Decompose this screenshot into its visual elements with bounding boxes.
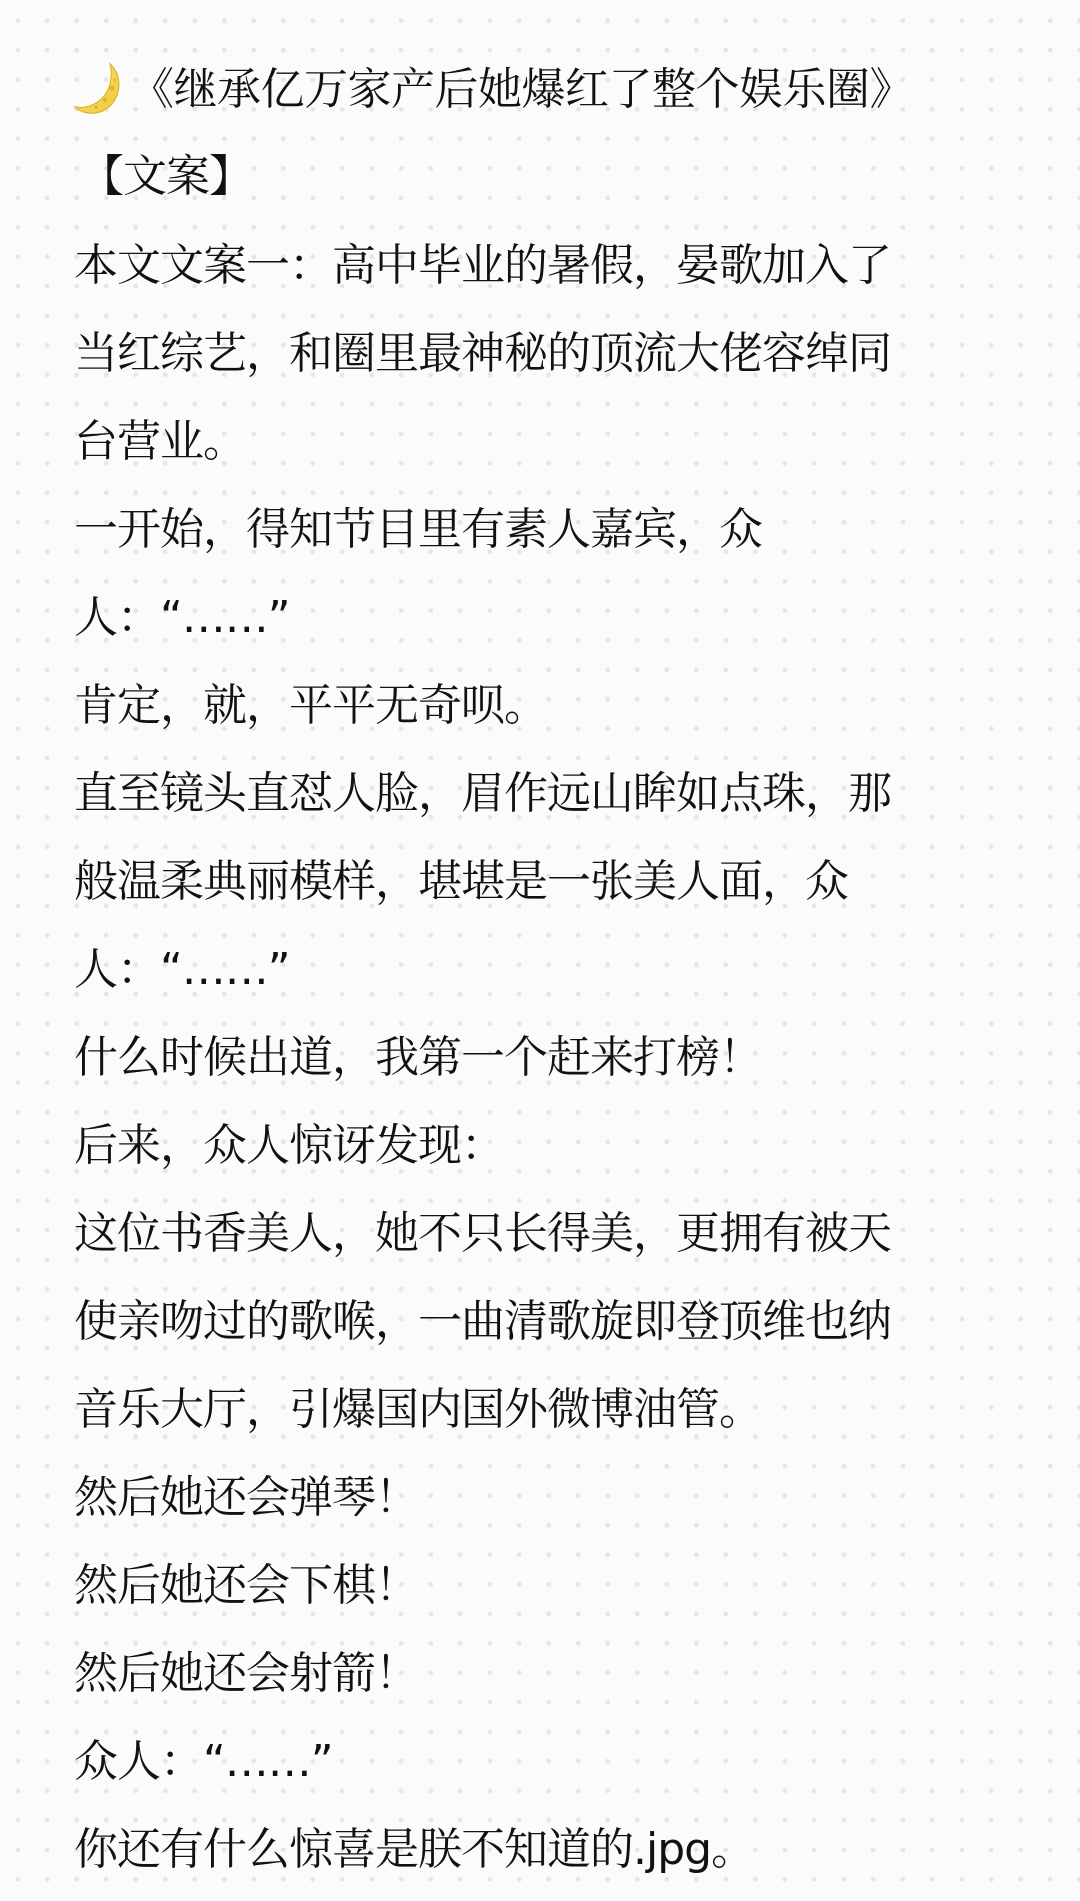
text-line: 什么时候出道，我第一个赶来打榜！: [74, 1014, 1034, 1102]
text-line: 然后她还会射箭！: [74, 1630, 1034, 1718]
text-line: 众人：“……”: [74, 1718, 1034, 1806]
text-line: 当红综艺，和圈里最神秘的顶流大佬容绰同: [74, 310, 1034, 398]
text-line: 人：“……”: [74, 926, 1034, 1014]
text-line: 你还有什么惊喜是朕不知道的.jpg。: [74, 1806, 1034, 1894]
book-title: 《继承亿万家产后她爆红了整个娱乐圈》: [130, 53, 913, 117]
text-line: 人：“……”: [74, 574, 1034, 662]
text-line: 本文文案一：高中毕业的暑假，晏歌加入了: [74, 222, 1034, 310]
text-line: 然后她还会下棋！: [74, 1542, 1034, 1630]
text-line: 般温柔典丽模样，堪堪是一张美人面，众: [74, 838, 1034, 926]
text-line: 然后她还会弹琴！: [74, 1454, 1034, 1542]
text-line: 肯定，就，平平无奇呗。: [74, 662, 1034, 750]
text-line: 音乐大厅，引爆国内国外微博油管。: [74, 1366, 1034, 1454]
book-title-row: 《继承亿万家产后她爆红了整个娱乐圈》: [72, 50, 913, 120]
document-page: 《继承亿万家产后她爆红了整个娱乐圈》 【文案】 本文文案一：高中毕业的暑假，晏歌…: [0, 0, 1080, 1901]
text-line: 一开始，得知节目里有素人嘉宾，众: [74, 486, 1034, 574]
text-line: 台营业。: [74, 398, 1034, 486]
text-line: 后来，众人惊讶发现：: [74, 1102, 1034, 1190]
text-line: 使亲吻过的歌喉，一曲清歌旋即登顶维也纳: [74, 1278, 1034, 1366]
text-line: 直至镜头直怼人脸，眉作远山眸如点珠，那: [74, 750, 1034, 838]
synopsis-text: 本文文案一：高中毕业的暑假，晏歌加入了 当红综艺，和圈里最神秘的顶流大佬容绰同 …: [74, 222, 1034, 1894]
text-line: 这位书香美人，她不只长得美，更拥有被天: [74, 1190, 1034, 1278]
crescent-moon-icon: [72, 60, 124, 116]
section-heading: 【文案】: [80, 140, 252, 204]
